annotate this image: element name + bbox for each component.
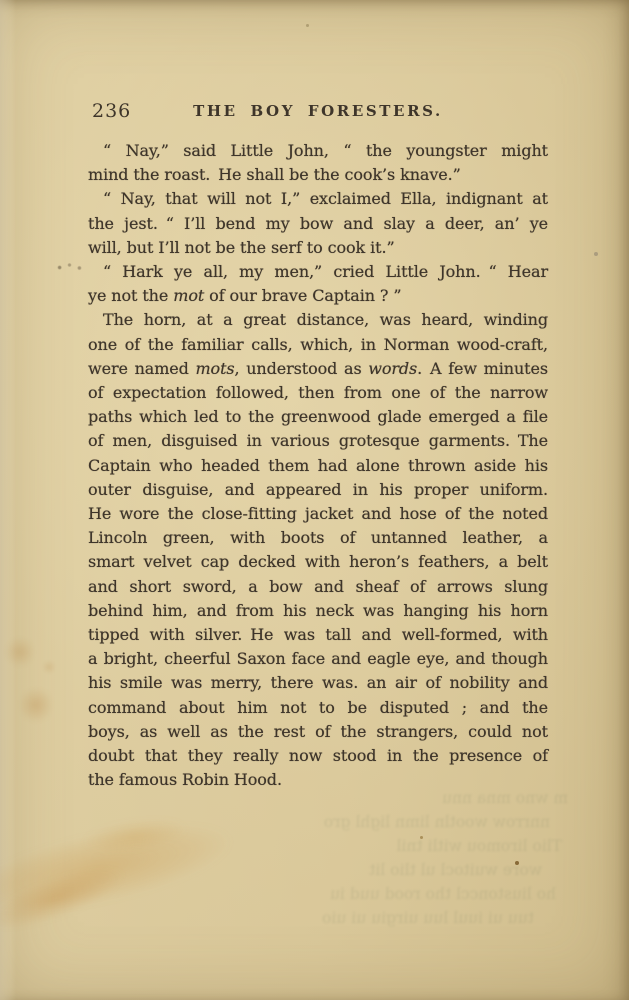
text-line: behind him, and from his neck was hangin… — [88, 599, 548, 623]
text-line: the famous Robin Hood. — [88, 768, 548, 792]
text-segment: He wore the close-fitting jacket and hos… — [88, 504, 548, 523]
text-line: “ Nay, that will not I,” exclaimed Ella,… — [88, 187, 548, 211]
text-line: Lincoln green, with boots of untanned le… — [88, 526, 548, 550]
text-line: Captain who headed them had alone thrown… — [88, 454, 548, 478]
text-line: will, but I’ll not be the serf to cook i… — [88, 236, 548, 260]
text-line: the jest. “ I’ll bend my bow and slay a … — [88, 212, 548, 236]
foxing-spot — [20, 686, 52, 724]
text-segment: tipped with silver. He was tall and well… — [88, 625, 548, 644]
text-block: “ Nay,” said Little John, “ the youngste… — [88, 139, 548, 792]
text-line: tipped with silver. He was tall and well… — [88, 623, 548, 647]
text-line: of expectation followed, then from one o… — [88, 381, 548, 405]
text-segment: Lincoln green, with boots of untanned le… — [88, 528, 548, 547]
text-line: a bright, cheerful Saxon face and eagle … — [88, 647, 548, 671]
text-segment: a bright, cheerful Saxon face and eagle … — [88, 649, 548, 668]
running-title: THE BOY FORESTERS. — [88, 100, 548, 120]
text-segment: “ Nay,” said Little John, “ the youngste… — [103, 141, 548, 160]
text-segment: outer disguise, and appeared in his prop… — [88, 480, 548, 499]
text-line: “ Hark ye all, my men,” cried Little Joh… — [88, 260, 548, 284]
text-segment: were named — [88, 359, 195, 378]
page-number: 236 — [92, 100, 131, 122]
show-through-line: nnrrow wootln limn lighl gro — [282, 810, 568, 834]
text-segment: one of the familiar calls, which, in Nor… — [88, 335, 548, 354]
text-segment: of men, disguised in various grotesque g… — [88, 431, 548, 450]
text-line: his smile was merry, there was. an air o… — [88, 671, 548, 695]
text-segment: The horn, at a great distance, was heard… — [103, 310, 548, 329]
text-segment: . A few minutes — [417, 359, 548, 378]
text-line: He wore the close-fitting jacket and hos… — [88, 502, 548, 526]
text-line: doubt that they really now stood in the … — [88, 744, 548, 768]
text-segment: smart velvet cap decked with heron’s fea… — [88, 552, 548, 571]
text-segment: paths which led to the greenwood glade e… — [88, 407, 548, 426]
ink-speck — [515, 861, 519, 865]
text-segment: ye not the — [88, 286, 173, 305]
text-segment: the famous Robin Hood. — [88, 770, 282, 789]
text-line: mind the roast. He shall be the cook’s k… — [88, 163, 548, 187]
italic-text: mots — [195, 359, 234, 378]
text-segment: boys, as well as the rest of the strange… — [88, 722, 548, 741]
text-line: were named mots, understood as words. A … — [88, 357, 548, 381]
text-segment: command about him not to be disputed ; a… — [88, 698, 548, 717]
stain — [0, 788, 257, 948]
ink-speck — [594, 252, 598, 256]
text-segment: will, but I’ll not be the serf to cook i… — [88, 238, 395, 257]
book-page: 236 THE BOY FORESTERS. “ Nay,” said Litt… — [0, 0, 629, 1000]
text-line: one of the familiar calls, which, in Nor… — [88, 333, 548, 357]
text-segment: “ Nay, that will not I,” exclaimed Ella,… — [103, 189, 548, 208]
foxing-spot — [42, 660, 56, 674]
stain — [0, 830, 166, 961]
foxing-spot — [6, 636, 34, 668]
text-segment: his smile was merry, there was. an air o… — [88, 673, 548, 692]
italic-text: mot — [173, 286, 204, 305]
text-segment: of expectation followed, then from one o… — [88, 383, 548, 402]
text-segment: behind him, and from his neck was hangin… — [88, 601, 548, 620]
italic-text: words — [368, 359, 417, 378]
ink-speck — [420, 836, 423, 839]
text-line: boys, as well as the rest of the strange… — [88, 720, 548, 744]
show-through-line: wore wuitocl ul tlio lit — [282, 858, 568, 882]
show-through-line: ho liustonccl tho rood uud iu — [282, 882, 568, 906]
text-line: The horn, at a great distance, was heard… — [88, 308, 548, 332]
text-line: ye not the mot of our brave Captain ? ” — [88, 284, 548, 308]
text-segment: , understood as — [235, 359, 369, 378]
pencil-smudge — [56, 262, 86, 272]
text-line: smart velvet cap decked with heron’s fea… — [88, 550, 548, 574]
text-segment: mind the roast. He shall be the cook’s k… — [88, 165, 461, 184]
show-through-line: tuu ui iuul luu uirgiu ui uio — [282, 906, 568, 930]
text-line: and short sword, a bow and sheaf of arro… — [88, 575, 548, 599]
page-header: 236 THE BOY FORESTERS. — [88, 100, 548, 120]
text-segment: Captain who headed them had alone thrown… — [88, 456, 548, 475]
page-gutter-highlight — [0, 0, 16, 1000]
text-line: of men, disguised in various grotesque g… — [88, 429, 548, 453]
text-line: outer disguise, and appeared in his prop… — [88, 478, 548, 502]
show-through-line: Tlio liromou witli tnil — [282, 834, 568, 858]
text-segment: and short sword, a bow and sheaf of arro… — [88, 577, 548, 596]
text-line: paths which led to the greenwood glade e… — [88, 405, 548, 429]
text-segment: the jest. “ I’ll bend my bow and slay a … — [88, 214, 548, 233]
text-segment: “ Hark ye all, my men,” cried Little Joh… — [103, 262, 548, 281]
text-line: “ Nay,” said Little John, “ the youngste… — [88, 139, 548, 163]
text-line: command about him not to be disputed ; a… — [88, 696, 548, 720]
text-segment: doubt that they really now stood in the … — [88, 746, 548, 765]
stain — [57, 798, 213, 873]
show-through-text: m wno mna nnunnrrow wootln limn lighl gr… — [282, 786, 568, 930]
ink-speck — [306, 24, 309, 27]
text-segment: of our brave Captain ? ” — [204, 286, 401, 305]
